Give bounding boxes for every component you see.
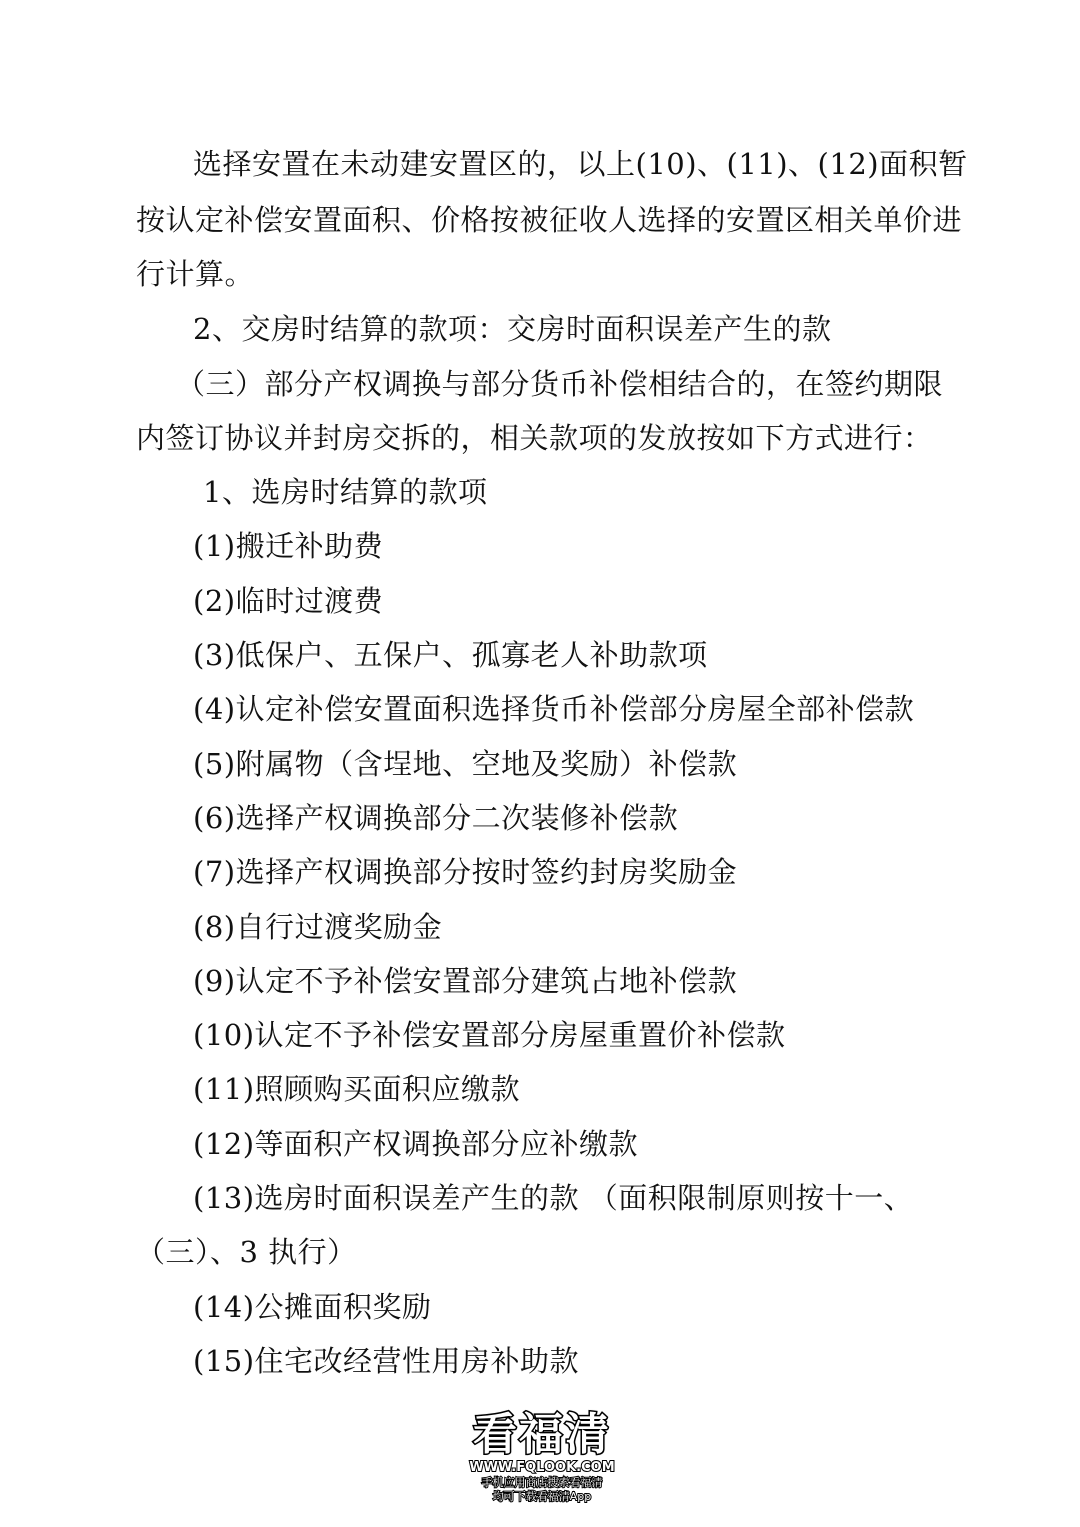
list-item: (9)认定不予补偿安置部分建筑占地补偿款: [193, 963, 737, 999]
section-heading: （三）部分产权调换与部分货币补偿相结合的，在签约期限: [176, 366, 943, 402]
list-item: (6)选择产权调换部分二次装修补偿款: [193, 800, 678, 836]
list-item: (2)临时过渡费: [193, 583, 383, 619]
list-item: (14)公摊面积奖励: [193, 1289, 432, 1325]
watermark-logo: 看福清: [462, 1410, 622, 1460]
list-item: (7)选择产权调换部分按时签约封房奖励金: [193, 854, 737, 890]
list-item: (1)搬迁补助费: [193, 528, 383, 564]
section-heading: 2、交房时结算的款项：交房时面积误差产生的款: [193, 311, 831, 347]
paragraph-line: 行计算。: [136, 256, 254, 292]
list-item: (13)选房时面积误差产生的款 （面积限制原则按十一、: [193, 1180, 913, 1216]
watermark: 看福清 WWW.FQLOOK.COM 手机应用商店搜索看福清 均可下载看福清Ap…: [462, 1410, 622, 1504]
document-page: 选择安置在未动建安置区的，以上(10)、(11)、(12)面积暂 按认定补偿安置…: [0, 0, 1080, 1527]
list-item: (12)等面积产权调换部分应补缴款: [193, 1126, 638, 1162]
list-item: (11)照顾购买面积应缴款: [193, 1071, 520, 1107]
list-item: (15)住宅改经营性用房补助款: [193, 1343, 579, 1379]
paragraph-line: 选择安置在未动建安置区的，以上(10)、(11)、(12)面积暂: [193, 146, 968, 182]
list-item: (5)附属物（含埕地、空地及奖励）补偿款: [193, 746, 737, 782]
list-item: (4)认定补偿安置面积选择货币补偿部分房屋全部补偿款: [193, 691, 914, 727]
watermark-line-2: 均可下载看福清App: [462, 1490, 622, 1504]
list-item: (8)自行过渡奖励金: [193, 909, 442, 945]
paragraph-line: 按认定补偿安置面积、价格按被征收人选择的安置区相关单价进: [136, 202, 962, 238]
subsection-heading: 1、选房时结算的款项: [203, 474, 487, 510]
list-item: (3)低保户、五保户、孤寡老人补助款项: [193, 637, 708, 673]
list-item-continuation: （三）、3 执行）: [136, 1234, 357, 1270]
watermark-line-1: 手机应用商店搜索看福清: [462, 1476, 622, 1490]
watermark-url: WWW.FQLOOK.COM: [462, 1460, 622, 1476]
paragraph-line: 内签订协议并封房交拆的，相关款项的发放按如下方式进行：: [136, 420, 933, 456]
list-item: (10)认定不予补偿安置部分房屋重置价补偿款: [193, 1017, 786, 1053]
